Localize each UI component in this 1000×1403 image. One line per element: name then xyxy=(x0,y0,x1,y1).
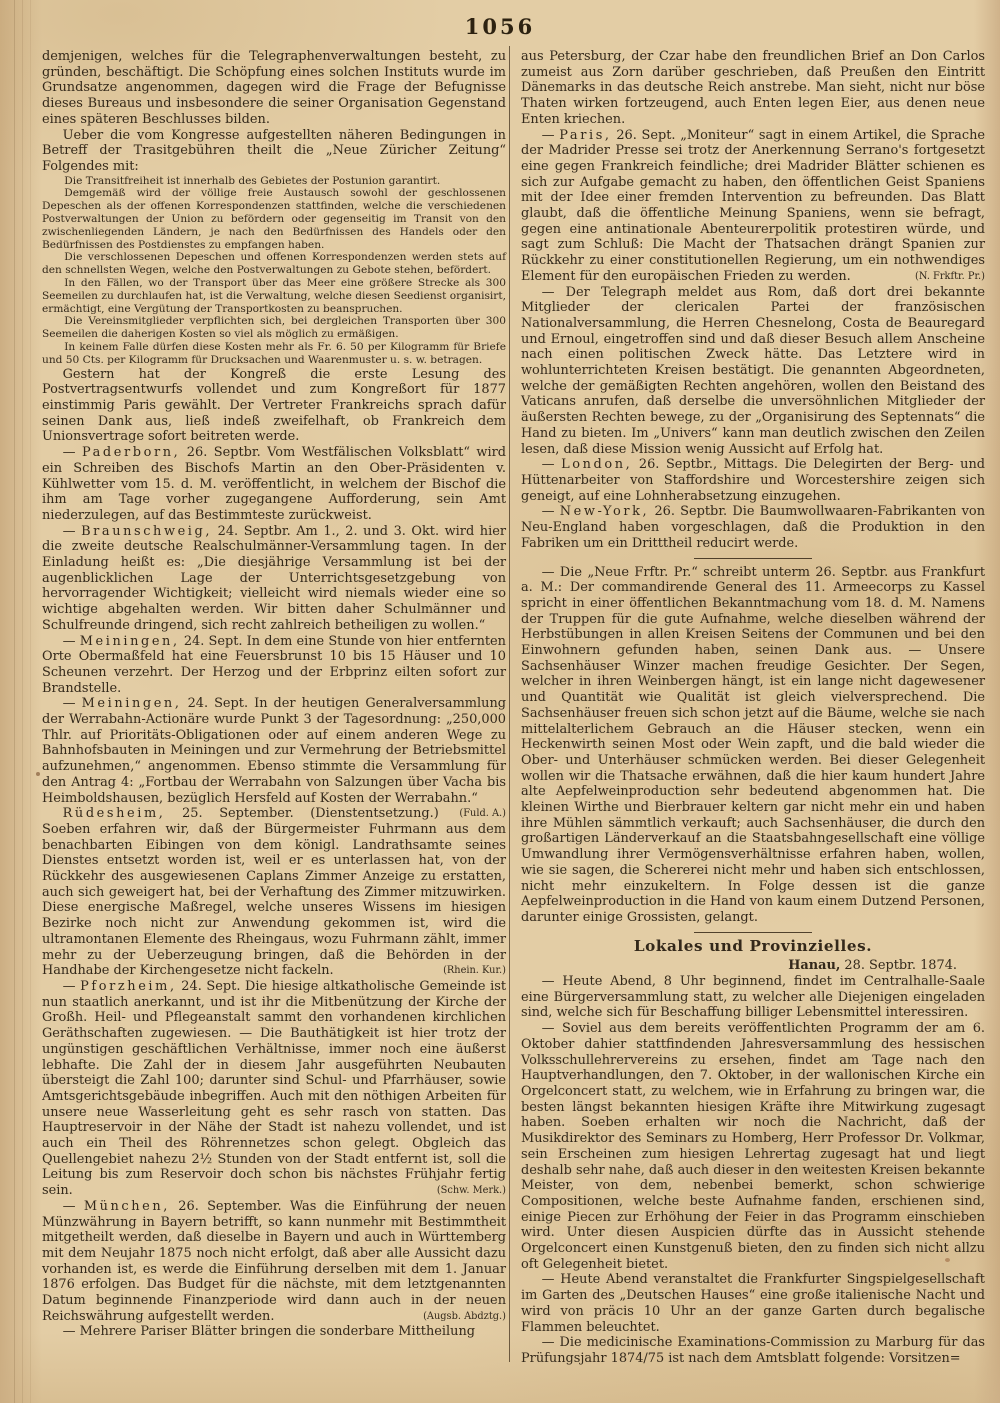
article-paragraph: Gestern hat der Kongreß die erste Lesung… xyxy=(42,367,506,446)
paper-fold-line xyxy=(30,0,31,1403)
news-body: 26. September. Was die Einführung der ne… xyxy=(42,1199,506,1324)
news-body: Die verschlossenen Depeschen und offenen… xyxy=(42,251,506,276)
news-body: — Die medicinische Examinations-Commissi… xyxy=(521,1335,985,1366)
dateline-place: Hanau, xyxy=(788,958,840,973)
paper-fold-line xyxy=(22,0,23,1403)
news-body: 26. Sept. „Moniteur“ sagt in einem Artik… xyxy=(521,128,985,284)
place-lead: London, xyxy=(561,457,632,472)
place-lead: Braunschweig, xyxy=(81,524,212,539)
item-dash: — xyxy=(542,457,561,472)
item-dash: — xyxy=(63,445,82,460)
paper-speck xyxy=(36,772,40,776)
source-attribution: (Rhein. Kur.) xyxy=(422,963,506,979)
source-attribution: (N. Frkftr. Pr.) xyxy=(894,269,985,285)
news-item: — Die medicinische Examinations-Commissi… xyxy=(521,1335,985,1366)
article-paragraph: demjenigen, welches für die Telegraphenv… xyxy=(42,49,506,128)
news-body: aus Petersburg, der Czar habe den freund… xyxy=(521,49,985,127)
section-heading: Lokales und Provinzielles. xyxy=(521,939,985,955)
treaty-clause: Die Transitfreiheit ist innerhalb des Ge… xyxy=(42,175,506,188)
news-item: — Braunschweig, 24. Septbr. Am 1., 2. un… xyxy=(42,524,506,634)
news-item: — London, 26. Septbr., Mittags. Die Dele… xyxy=(521,457,985,504)
news-body: 24. Septbr. Am 1., 2. und 3. Okt. wird h… xyxy=(42,524,506,633)
news-body: Gestern hat der Kongreß die erste Lesung… xyxy=(42,367,506,445)
news-body: — Heute Abend veranstaltet die Frankfurt… xyxy=(521,1272,985,1334)
place-lead: Meiningen, xyxy=(80,634,180,649)
news-body: — Mehrere Pariser Blätter bringen die so… xyxy=(63,1324,475,1339)
news-body: 24. Sept. Die hiesige altkatholische Gem… xyxy=(42,979,506,1198)
news-body: 24. Sept. In der heutigen Generalversamm… xyxy=(42,696,506,805)
place-lead: Paris, xyxy=(559,128,611,143)
treaty-clause: In den Fällen, wo der Transport über das… xyxy=(42,277,506,315)
news-body: Die Transitfreiheit ist innerhalb des Ge… xyxy=(64,175,440,187)
source-attribution: (Augsb. Abdztg.) xyxy=(402,1309,506,1325)
news-item: — München, 26. September. Was die Einfüh… xyxy=(42,1199,506,1325)
news-body: In keinem Falle dürfen diese Kosten mehr… xyxy=(42,341,506,366)
dateline-date: 28. Septbr. 1874. xyxy=(840,958,957,973)
news-item: — Soviel aus dem bereits veröffentlichte… xyxy=(521,1021,985,1272)
item-dash: — xyxy=(63,1199,84,1214)
section-rule xyxy=(694,558,812,559)
news-body: In den Fällen, wo der Transport über das… xyxy=(42,277,506,315)
place-lead: Meiningen, xyxy=(82,696,182,711)
place-lead: Rüdesheim, xyxy=(63,806,166,821)
source-attribution: (Fuld. A.) xyxy=(439,806,506,822)
news-body: Ueber die vom Kongresse aufgestellten nä… xyxy=(42,128,506,174)
news-body: Demgemäß wird der völlige freie Austausc… xyxy=(42,187,506,250)
section-rule xyxy=(694,932,812,933)
item-dash: — xyxy=(542,128,560,143)
left-column: demjenigen, welches für die Telegraphenv… xyxy=(42,49,506,1340)
news-body: demjenigen, welches für die Telegraphenv… xyxy=(42,49,506,127)
news-body: 25. September. (Dienstentsetzung.) Soebe… xyxy=(42,806,506,978)
news-item: — Der Telegraph meldet aus Rom, daß dort… xyxy=(521,285,985,458)
news-item: — Heute Abend veranstaltet die Frankfurt… xyxy=(521,1272,985,1335)
item-dash: — xyxy=(63,979,81,994)
page-number: 1056 xyxy=(0,14,1000,39)
news-item: Rüdesheim, 25. September. (Dienstentsetz… xyxy=(42,806,506,979)
news-item: — Pforzheim, 24. Sept. Die hiesige altka… xyxy=(42,979,506,1199)
news-item: — Meiningen, 24. Sept. In dem eine Stund… xyxy=(42,634,506,697)
treaty-clause: Die verschlossenen Depeschen und offenen… xyxy=(42,251,506,277)
item-dash: — xyxy=(63,524,81,539)
newspaper-page: 1056 demjenigen, welches für die Telegra… xyxy=(0,0,1000,1403)
paper-fold-line xyxy=(14,0,15,1403)
news-item: — New-York, 26. Septbr. Die Baumwollwaar… xyxy=(521,504,985,551)
article-paragraph: aus Petersburg, der Czar habe den freund… xyxy=(521,49,985,128)
item-dash: — xyxy=(542,504,560,519)
news-item: — Mehrere Pariser Blätter bringen die so… xyxy=(42,1324,506,1340)
treaty-clause: Demgemäß wird der völlige freie Austausc… xyxy=(42,187,506,251)
news-body: Die Vereinsmitglieder verpflichten sich,… xyxy=(42,315,506,340)
place-lead: Paderborn, xyxy=(82,445,180,460)
place-lead: Pforzheim, xyxy=(80,979,177,994)
news-item: — Die „Neue Frftr. Pr.“ schreibt unterm … xyxy=(521,565,985,926)
source-attribution: (Schw. Merk.) xyxy=(416,1183,506,1199)
news-body: — Heute Abend, 8 Uhr beginnend, findet i… xyxy=(521,974,985,1020)
article-paragraph: Ueber die vom Kongresse aufgestellten nä… xyxy=(42,128,506,175)
item-dash: — xyxy=(63,696,82,711)
dateline: Hanau, 28. Septbr. 1874. xyxy=(521,958,985,974)
treaty-clause: In keinem Falle dürfen diese Kosten mehr… xyxy=(42,341,506,367)
news-body: — Die „Neue Frftr. Pr.“ schreibt unterm … xyxy=(521,565,985,925)
column-divider xyxy=(509,46,510,1362)
item-dash: — xyxy=(63,634,80,649)
place-lead: New-York, xyxy=(560,504,650,519)
news-item: — Paderborn, 26. Septbr. Vom Westfälisch… xyxy=(42,445,506,524)
right-column: aus Petersburg, der Czar habe den freund… xyxy=(521,49,985,1367)
news-body: — Soviel aus dem bereits veröffentlichte… xyxy=(521,1021,985,1272)
place-lead: München, xyxy=(84,1199,170,1214)
treaty-clause: Die Vereinsmitglieder verpflichten sich,… xyxy=(42,315,506,341)
news-body: — Der Telegraph meldet aus Rom, daß dort… xyxy=(521,285,985,457)
news-item: — Heute Abend, 8 Uhr beginnend, findet i… xyxy=(521,974,985,1021)
news-item: — Meiningen, 24. Sept. In der heutigen G… xyxy=(42,696,506,806)
news-item: — Paris, 26. Sept. „Moniteur“ sagt in ei… xyxy=(521,128,985,285)
